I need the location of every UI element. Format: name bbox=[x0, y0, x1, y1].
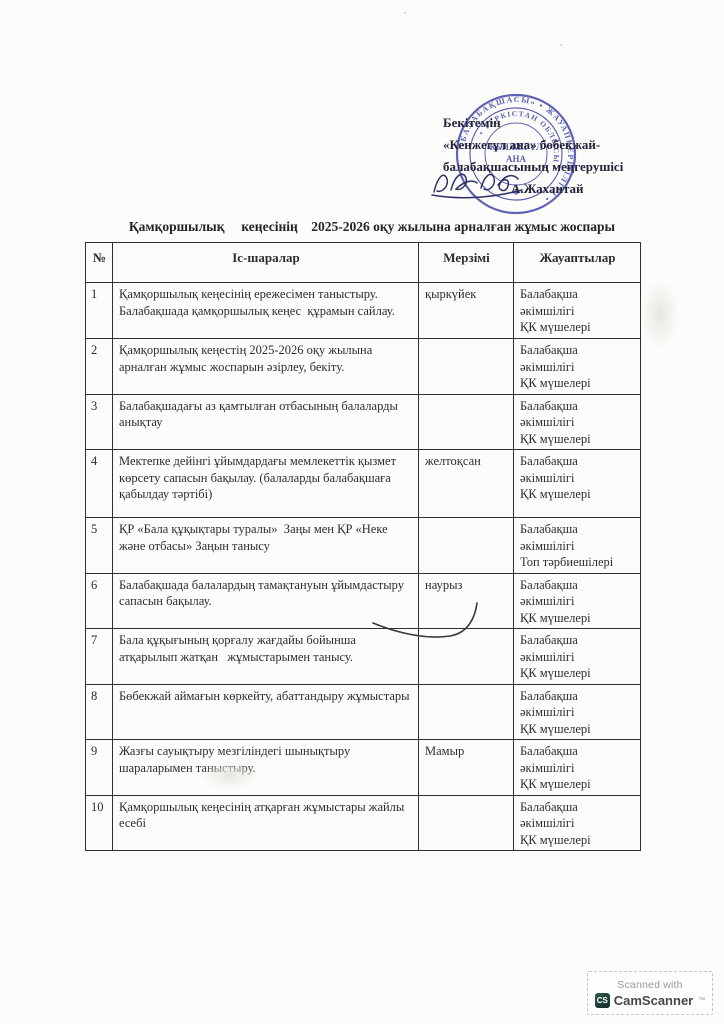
row-term: желтоқсан bbox=[419, 450, 514, 518]
scan-smudge bbox=[640, 280, 680, 350]
col-header-term: Мерзімі bbox=[419, 243, 514, 283]
row-responsible: Балабақша әкімшілігіҚК мүшелері bbox=[514, 795, 641, 851]
responsible-line2: ҚК мүшелері bbox=[520, 319, 635, 336]
camscanner-watermark: Scanned with CS CamScanner ™ bbox=[587, 971, 713, 1015]
document-title: Қамқоршылық кеңесінің 2025-2026 оқу жылы… bbox=[92, 219, 652, 235]
responsible-line2: ҚК мүшелері bbox=[520, 486, 635, 503]
row-activity: Балабақшадағы аз қамтылған отбасының бал… bbox=[113, 394, 419, 450]
row-responsible: Балабақша әкімшілігіҚК мүшелері bbox=[514, 740, 641, 796]
row-activity: Бөбекжай аймағын көркейту, абаттандыру ж… bbox=[113, 684, 419, 740]
scanned-with-label: Scanned with bbox=[617, 979, 682, 991]
row-term bbox=[419, 339, 514, 395]
scan-speck bbox=[404, 12, 406, 14]
work-plan-table: № Іс-шаралар Мерзімі Жауаптылар 1 Қамқор… bbox=[85, 242, 641, 851]
approval-line-approved: Бекітемін bbox=[443, 112, 693, 134]
scanned-document-page: «БАЛАБАҚШАСЫ» • ЖАУАПКЕРШІЛІГІ • • ТҮРКІ… bbox=[0, 0, 724, 1024]
row-activity: Қамқоршылық кеңесінің ережесімен танысты… bbox=[113, 283, 419, 339]
row-responsible: Балабақша әкімшілігіҚК мүшелері bbox=[514, 573, 641, 629]
responsible-line1: Балабақша әкімшілігі bbox=[520, 799, 635, 832]
responsible-line1: Балабақша әкімшілігі bbox=[520, 398, 635, 431]
responsible-line2: ҚК мүшелері bbox=[520, 665, 635, 682]
camscanner-app-name: CamScanner bbox=[614, 993, 693, 1008]
row-number: 9 bbox=[86, 740, 113, 796]
col-header-responsible: Жауаптылар bbox=[514, 243, 641, 283]
responsible-line2: ҚК мүшелері bbox=[520, 610, 635, 627]
responsible-line1: Балабақша әкімшілігі bbox=[520, 342, 635, 375]
row-number: 8 bbox=[86, 684, 113, 740]
row-number: 5 bbox=[86, 518, 113, 574]
row-responsible: Балабақша әкімшілігіҚК мүшелері bbox=[514, 450, 641, 518]
row-number: 1 bbox=[86, 283, 113, 339]
row-number: 2 bbox=[86, 339, 113, 395]
table-row: 5 ҚР «Бала құқықтары туралы» Заңы мен ҚР… bbox=[86, 518, 641, 574]
col-header-activity: Іс-шаралар bbox=[113, 243, 419, 283]
row-term: наурыз bbox=[419, 573, 514, 629]
responsible-line1: Балабақша әкімшілігі bbox=[520, 577, 635, 610]
responsible-line2: ҚК мүшелері bbox=[520, 832, 635, 849]
row-activity: Қамқоршылық кеңесінің атқарған жұмыстары… bbox=[113, 795, 419, 851]
row-responsible: Балабақша әкімшілігіҚК мүшелері bbox=[514, 339, 641, 395]
responsible-line1: Балабақша әкімшілігі bbox=[520, 521, 635, 554]
row-activity: Жазғы сауықтыру мезгіліндегі шынықтыру ш… bbox=[113, 740, 419, 796]
responsible-line1: Балабақша әкімшілігі bbox=[520, 286, 635, 319]
scan-smudge bbox=[200, 760, 260, 790]
table-row: 10 Қамқоршылық кеңесінің атқарған жұмыст… bbox=[86, 795, 641, 851]
row-activity: ҚР «Бала құқықтары туралы» Заңы мен ҚР «… bbox=[113, 518, 419, 574]
scan-speck bbox=[560, 44, 562, 46]
table-row: 4 Мектепке дейінгі ұйымдардағы мемлекетт… bbox=[86, 450, 641, 518]
responsible-line2: ҚК мүшелері bbox=[520, 721, 635, 738]
responsible-line2: Топ тәрбиешілері bbox=[520, 554, 635, 571]
row-term bbox=[419, 795, 514, 851]
table-row: 2 Қамқоршылық кеңестің 2025-2026 оқу жыл… bbox=[86, 339, 641, 395]
row-term bbox=[419, 518, 514, 574]
row-activity: Қамқоршылық кеңестің 2025-2026 оқу жылын… bbox=[113, 339, 419, 395]
row-term bbox=[419, 629, 514, 685]
row-activity: Бала құқығының қорғалу жағдайы бойынша а… bbox=[113, 629, 419, 685]
table-header-row: № Іс-шаралар Мерзімі Жауаптылар bbox=[86, 243, 641, 283]
row-term: қыркүйек bbox=[419, 283, 514, 339]
responsible-line1: Балабақша әкімшілігі bbox=[520, 743, 635, 776]
responsible-line2: ҚК мүшелері bbox=[520, 776, 635, 793]
responsible-line1: Балабақша әкімшілігі bbox=[520, 632, 635, 665]
row-number: 7 bbox=[86, 629, 113, 685]
table-row: 7 Бала құқығының қорғалу жағдайы бойынша… bbox=[86, 629, 641, 685]
row-term bbox=[419, 394, 514, 450]
row-responsible: Балабақша әкімшілігіҚК мүшелері bbox=[514, 394, 641, 450]
row-term bbox=[419, 684, 514, 740]
table-row: 6 Балабақшада балалардың тамақтануын ұйы… bbox=[86, 573, 641, 629]
table-row: 8 Бөбекжай аймағын көркейту, абаттандыру… bbox=[86, 684, 641, 740]
table-row: 3 Балабақшадағы аз қамтылған отбасының б… bbox=[86, 394, 641, 450]
row-responsible: Балабақша әкімшілігіҚК мүшелері bbox=[514, 684, 641, 740]
row-number: 4 bbox=[86, 450, 113, 518]
col-header-number: № bbox=[86, 243, 113, 283]
trademark-symbol: ™ bbox=[698, 997, 705, 1004]
row-activity: Мектепке дейінгі ұйымдардағы мемлекеттік… bbox=[113, 450, 419, 518]
handwritten-signature bbox=[430, 166, 560, 200]
table-row: 9 Жазғы сауықтыру мезгіліндегі шынықтыру… bbox=[86, 740, 641, 796]
row-number: 10 bbox=[86, 795, 113, 851]
row-responsible: Балабақша әкімшілігіҚК мүшелері bbox=[514, 283, 641, 339]
responsible-line2: ҚК мүшелері bbox=[520, 431, 635, 448]
row-responsible: Балабақша әкімшілігіТоп тәрбиешілері bbox=[514, 518, 641, 574]
row-responsible: Балабақша әкімшілігіҚК мүшелері bbox=[514, 629, 641, 685]
approval-line-org1: «Кенжегүл ана» бөбекжай- bbox=[443, 134, 693, 156]
camscanner-icon: CS bbox=[595, 993, 610, 1008]
row-term: Мамыр bbox=[419, 740, 514, 796]
responsible-line2: ҚК мүшелері bbox=[520, 375, 635, 392]
row-number: 3 bbox=[86, 394, 113, 450]
table-row: 1 Қамқоршылық кеңесінің ережесімен таныс… bbox=[86, 283, 641, 339]
row-number: 6 bbox=[86, 573, 113, 629]
row-activity: Балабақшада балалардың тамақтануын ұйымд… bbox=[113, 573, 419, 629]
responsible-line1: Балабақша әкімшілігі bbox=[520, 688, 635, 721]
responsible-line1: Балабақша әкімшілігі bbox=[520, 453, 635, 486]
